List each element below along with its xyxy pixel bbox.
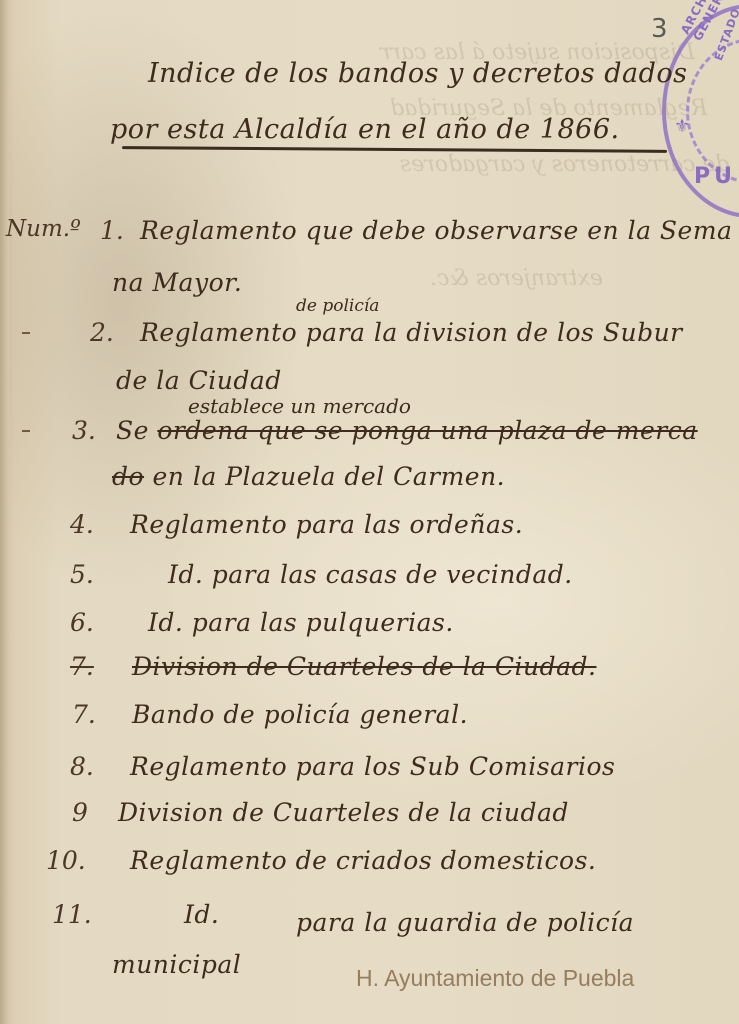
entry-number: 8. <box>70 752 94 781</box>
struck-text: do <box>112 462 144 491</box>
entry-number: 2. <box>90 318 114 347</box>
bleed-through-text: extranjeros &c. <box>430 266 603 291</box>
entry-number: 6. <box>70 608 94 637</box>
entry-number: 4. <box>70 510 94 539</box>
title-underline <box>122 146 667 153</box>
entry-text: Id. para las casas de vecindad. <box>168 560 573 589</box>
struck-text: ordena que se ponga una plaza de merca <box>157 416 697 445</box>
entry-number: 9 <box>72 798 88 827</box>
entry-text-id: Id. <box>184 900 219 929</box>
entry-text-continued: municipal <box>112 950 241 979</box>
entry-number: 11. <box>52 900 92 929</box>
page-number: 3 <box>651 14 668 44</box>
entry-number-struck: 7. <box>70 652 94 681</box>
entry-text: para la guardia de policía <box>296 908 634 937</box>
scanned-manuscript-page: Disposicion sujeto á las carr Reglamento… <box>0 0 739 1024</box>
entry-text-continued: do en la Plazuela del Carmen. <box>112 462 505 491</box>
entry-text-kept: en la Plazuela del Carmen. <box>153 462 506 491</box>
entry-number: 7. <box>72 700 96 729</box>
stamp-bottom-text: PU <box>694 164 736 189</box>
entry-text: Reglamento que debe observarse en la Sem… <box>140 216 732 245</box>
margin-mark <box>22 332 30 334</box>
entry-text: Reglamento para la division de los Subur <box>140 318 683 347</box>
entry-number: 1. <box>100 216 124 245</box>
index-title-line2: por esta Alcaldía en el año de 1866. <box>110 114 620 145</box>
entry-text: Reglamento para los Sub Comisarios <box>130 752 615 781</box>
entry-text-continued: na Mayor. <box>112 268 242 297</box>
entry-text: Id. para las pulquerias. <box>148 608 454 637</box>
entry-number: 5. <box>70 560 94 589</box>
num-label: Num.º <box>6 216 81 242</box>
entry-text: Reglamento de criados domesticos. <box>130 846 596 875</box>
margin-mark <box>22 430 30 432</box>
entry-text-continued: de la Ciudad <box>116 366 282 395</box>
interlinear-insertion: de policía <box>296 296 379 316</box>
entry-text: Se ordena que se ponga una plaza de merc… <box>116 416 698 445</box>
interlinear-insertion: establece un mercado <box>188 394 411 418</box>
index-title-line1: Indice de los bandos y decretos dados <box>148 58 688 89</box>
struck-entry-text: Division de Cuarteles de la Ciudad. <box>132 652 597 681</box>
page-binding-edge <box>0 0 9 1024</box>
fleur-de-lis-icon: ⚜ <box>674 116 690 137</box>
institution-watermark: H. Ayuntamiento de Puebla <box>356 965 634 992</box>
entry-number: 10. <box>46 846 86 875</box>
entry-text-kept: Se <box>116 416 149 445</box>
entry-number: 3. <box>72 416 96 445</box>
entry-text: Division de Cuarteles de la ciudad <box>118 798 569 827</box>
entry-text: Reglamento para las ordeñas. <box>130 510 523 539</box>
entry-text: Bando de policía general. <box>132 700 468 729</box>
